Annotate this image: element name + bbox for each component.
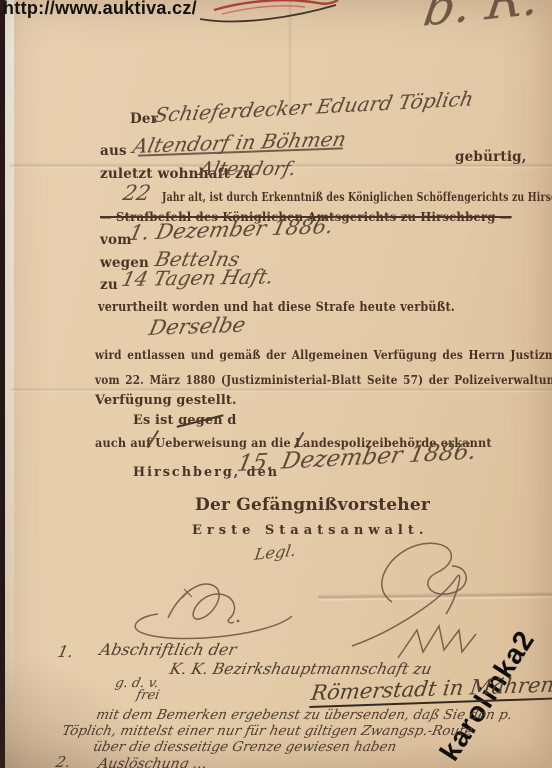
- annotation-bemerken: mit dem Bemerken ergebenst zu übersenden…: [95, 707, 514, 723]
- handwritten-prisoner-name: Schieferdecker Eduard Töplich: [152, 87, 475, 127]
- annotation-abschriftlich: Abschriftlich der: [98, 640, 238, 659]
- handwritten-legl: Legl.: [253, 541, 297, 564]
- fold-crease-middle: [10, 387, 552, 393]
- annotation-margin-frei: frei: [135, 688, 161, 703]
- label-aus: aus: [100, 143, 127, 159]
- line-es-ist: Es ist gegen d: [133, 413, 237, 428]
- annotation-item2-number: 2.: [54, 753, 72, 768]
- es-ist-post: d: [227, 413, 236, 428]
- handwritten-derselbe: Derselbe: [147, 313, 248, 340]
- corner-ink-initials: b. R.: [420, 0, 543, 38]
- fold-crease-bottom: [318, 592, 552, 602]
- annotation-item2-text: Auslöschung …: [97, 756, 209, 768]
- label-zu: zu: [100, 277, 118, 293]
- document-scan: http://www.auktiva.cz/ karolinka2 b. R. …: [0, 0, 552, 768]
- es-ist-struck-word: gegen: [178, 413, 222, 428]
- handwritten-age: 22: [121, 181, 153, 205]
- watermark-site-url: http://www.auktiva.cz/: [3, 0, 197, 19]
- title-gefaengnissvorsteher: Der Gefängnißvorsteher: [195, 495, 430, 515]
- annotation-grenze: über die diesseitige Grenze gewiesen hab…: [92, 739, 398, 755]
- signature-left: [135, 584, 292, 638]
- handwritten-residence: Altendorf.: [197, 158, 298, 180]
- handwritten-penalty: 14 Tagen Haft.: [119, 264, 276, 291]
- line-release-2: vom 22. März 1880 (Justizministerial-Bla…: [95, 372, 552, 387]
- title-staatsanwalt: Erste Staatsanwalt.: [192, 523, 428, 538]
- signature-right: [352, 543, 476, 658]
- line-release-1: wird entlassen und gemäß der Allgemeinen…: [95, 347, 552, 362]
- line-release-3: Verfügung gestellt.: [95, 393, 237, 408]
- annotation-item1-number: 1.: [56, 642, 75, 661]
- line-sentence-served: verurtheilt worden und hat diese Strafe …: [98, 300, 455, 315]
- paper-left-margin-edge: [5, 0, 14, 768]
- line-age-text: Jahr alt, ist durch Erkenntniß des König…: [162, 190, 552, 204]
- annotation-toeplich-route: Töplich, mittelst einer nur für heut gil…: [61, 723, 475, 739]
- red-ink-scribble: [200, 0, 338, 21]
- annotation-bezirkshauptmannschaft: K. K. Bezirkshauptmannschaft zu: [168, 660, 433, 678]
- es-ist-pre: Es ist: [133, 413, 174, 428]
- label-gebuertig: gebürtig,: [455, 149, 527, 165]
